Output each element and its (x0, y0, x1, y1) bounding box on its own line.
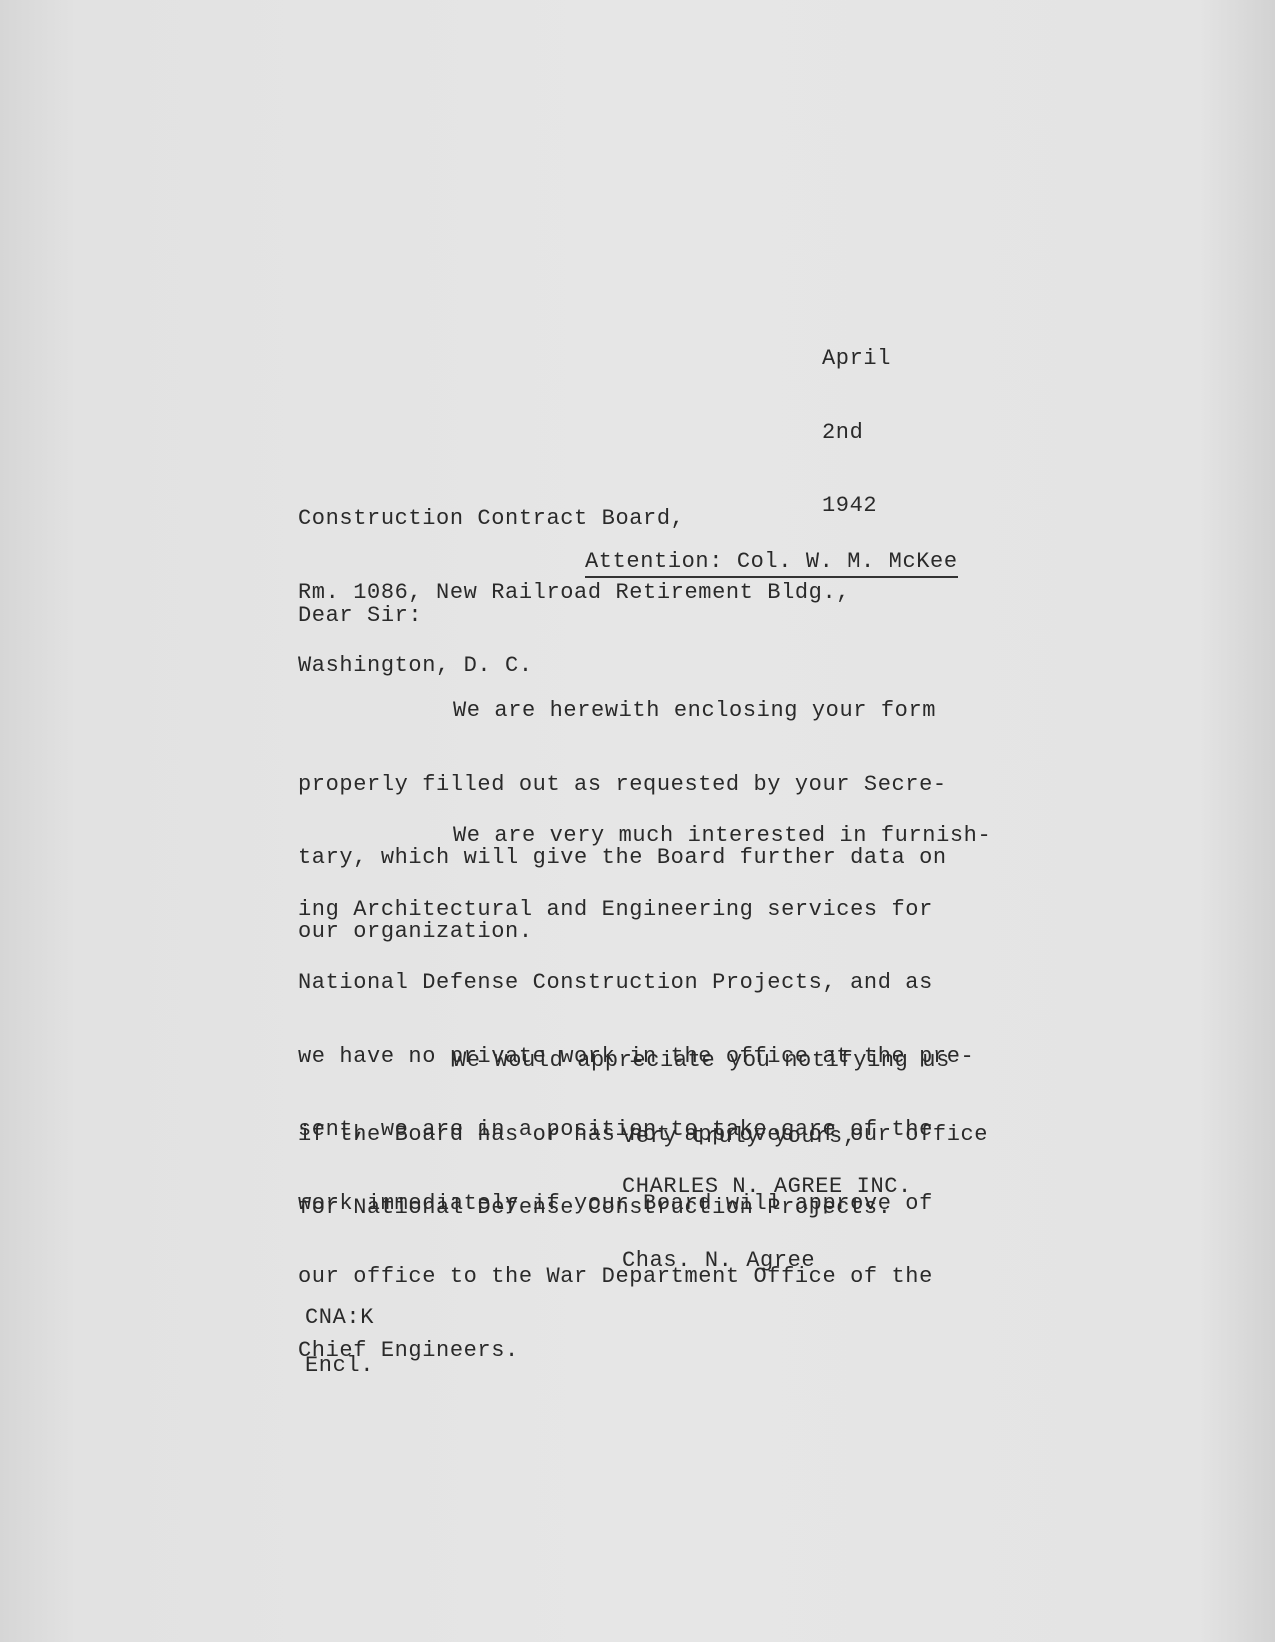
enclosure-note: Encl. (305, 1354, 374, 1379)
salutation: Dear Sir: (298, 604, 422, 629)
reference-initials: CNA:K (305, 1306, 374, 1331)
paragraph-line: We are very much interested in furnish- (298, 824, 991, 849)
closing: Very truly yours, (622, 1125, 857, 1150)
paragraph-line: Chief Engineers. (298, 1339, 991, 1364)
firm-name: CHARLES N. AGREE INC. (622, 1175, 912, 1200)
paragraph-line: National Defense Construction Projects, … (298, 971, 991, 996)
recipient-line: Rm. 1086, New Railroad Retirement Bldg., (298, 581, 850, 606)
paragraph-line: ing Architectural and Engineering servic… (298, 898, 991, 923)
paragraph-line: We would appreciate you notifying us (298, 1049, 988, 1074)
letter-page: April 2nd 1942 Construction Contract Boa… (0, 0, 1275, 1642)
date-month: April (822, 347, 891, 372)
recipient-line: Construction Contract Board, (298, 507, 850, 532)
paragraph-line: for National Defense Construction Projec… (298, 1196, 988, 1221)
signature: Chas. N. Agree (622, 1249, 815, 1274)
attention-line: Attention: Col. W. M. McKee (585, 550, 958, 578)
paragraph-line: We are herewith enclosing your form (298, 699, 947, 724)
date-day: 2nd (822, 421, 891, 446)
